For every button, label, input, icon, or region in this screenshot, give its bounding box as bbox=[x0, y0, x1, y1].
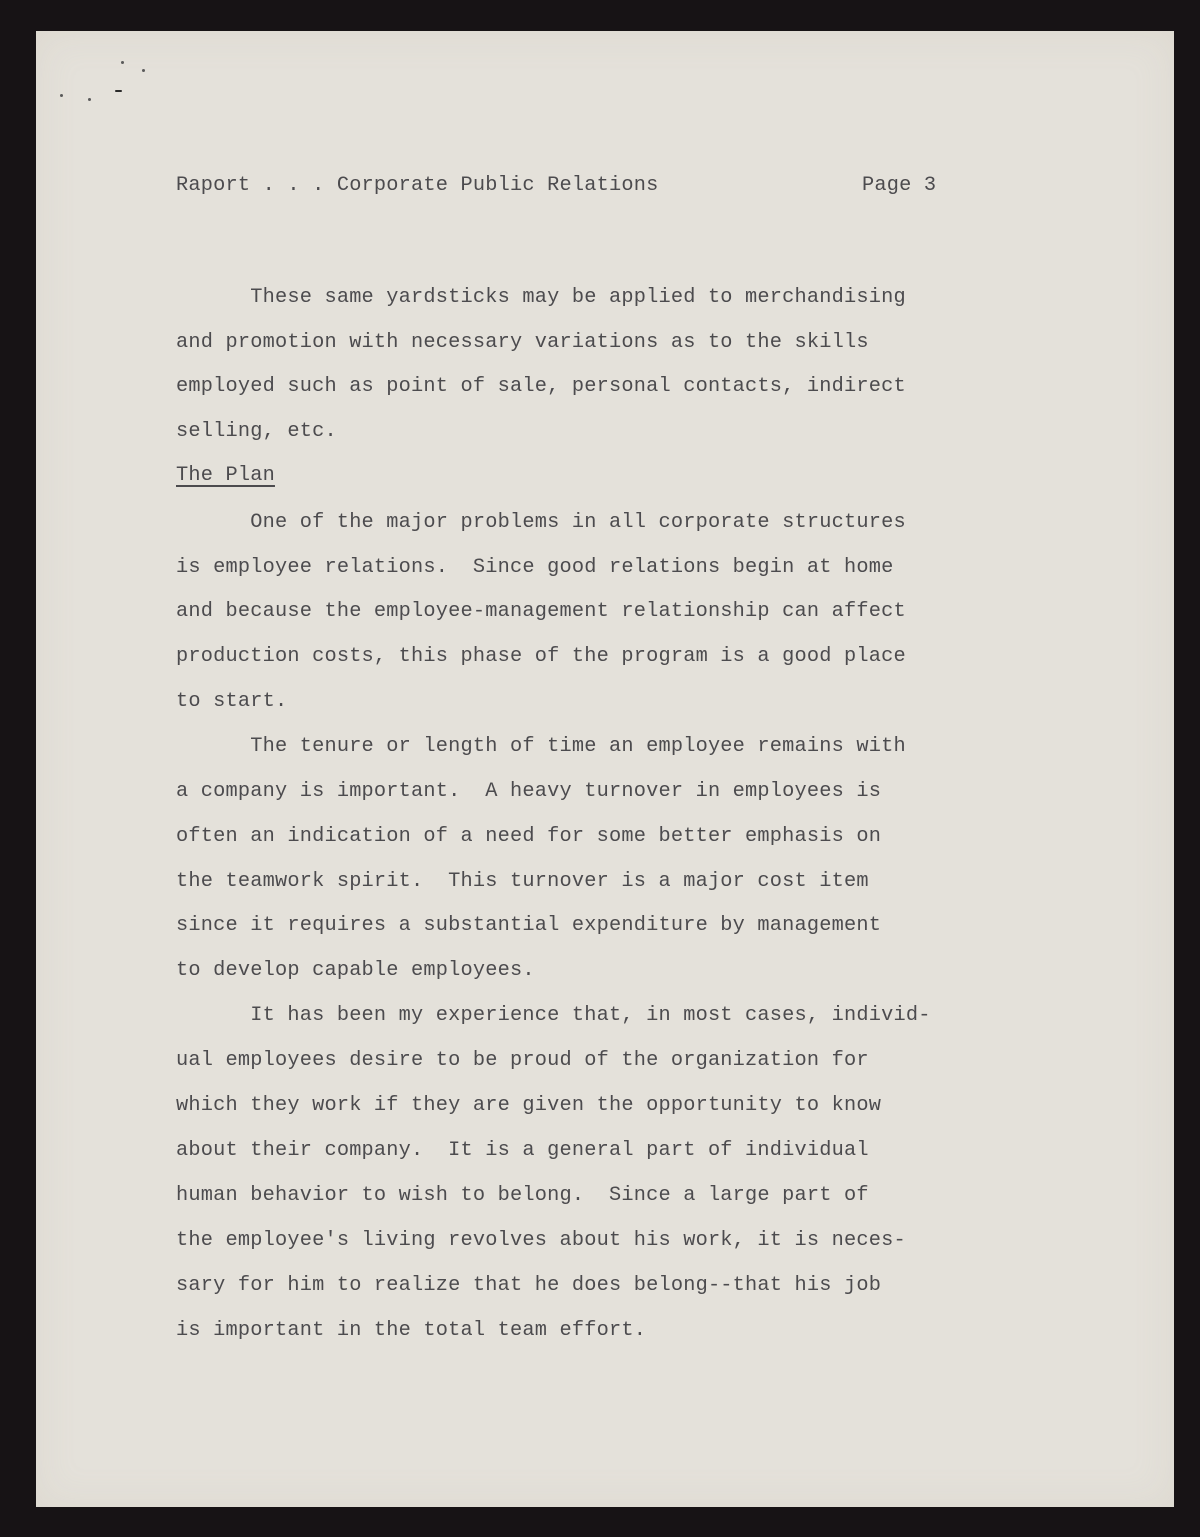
paragraph-line: sary for him to realize that he does bel… bbox=[176, 1274, 881, 1297]
body-line: employed such as point of sale, personal… bbox=[176, 375, 906, 398]
paper-speck bbox=[121, 61, 124, 64]
paragraph-line: is important in the total team effort. bbox=[176, 1319, 646, 1342]
paragraph-line: to develop capable employees. bbox=[176, 959, 535, 982]
paper-speck bbox=[142, 69, 145, 72]
paragraph-line: a company is important. A heavy turnover… bbox=[176, 780, 881, 803]
paragraph-line: and because the employee-management rela… bbox=[176, 600, 906, 623]
paragraph-line: since it requires a substantial expendit… bbox=[176, 914, 881, 937]
running-header-title: Raport . . . Corporate Public Relations bbox=[176, 174, 658, 197]
section-heading: The Plan bbox=[176, 464, 275, 487]
paper-speck bbox=[60, 94, 63, 97]
paragraph-line: One of the major problems in all corpora… bbox=[176, 511, 906, 534]
body-line: These same yardsticks may be applied to … bbox=[176, 286, 906, 309]
paragraph-line: the teamwork spirit. This turnover is a … bbox=[176, 870, 869, 893]
paragraph-line: human behavior to wish to belong. Since … bbox=[176, 1184, 869, 1207]
paragraph-line: about their company. It is a general par… bbox=[176, 1139, 869, 1162]
paragraph-line: often an indication of a need for some b… bbox=[176, 825, 881, 848]
body-line: and promotion with necessary variations … bbox=[176, 331, 869, 354]
paragraph-line: to start. bbox=[176, 690, 287, 713]
paragraph-line: the employee's living revolves about his… bbox=[176, 1229, 906, 1252]
paper-speck bbox=[88, 98, 91, 101]
paragraph-line: The tenure or length of time an employee… bbox=[176, 735, 906, 758]
paragraph-line: which they work if they are given the op… bbox=[176, 1094, 881, 1117]
paragraph-line: is employee relations. Since good relati… bbox=[176, 556, 894, 579]
paragraph-line: ual employees desire to be proud of the … bbox=[176, 1049, 869, 1072]
page-number: Page 3 bbox=[862, 174, 936, 197]
paragraph-line: It has been my experience that, in most … bbox=[176, 1004, 931, 1027]
paper-speck bbox=[115, 90, 122, 92]
paragraph-line: production costs, this phase of the prog… bbox=[176, 645, 906, 668]
body-line: selling, etc. bbox=[176, 420, 337, 443]
